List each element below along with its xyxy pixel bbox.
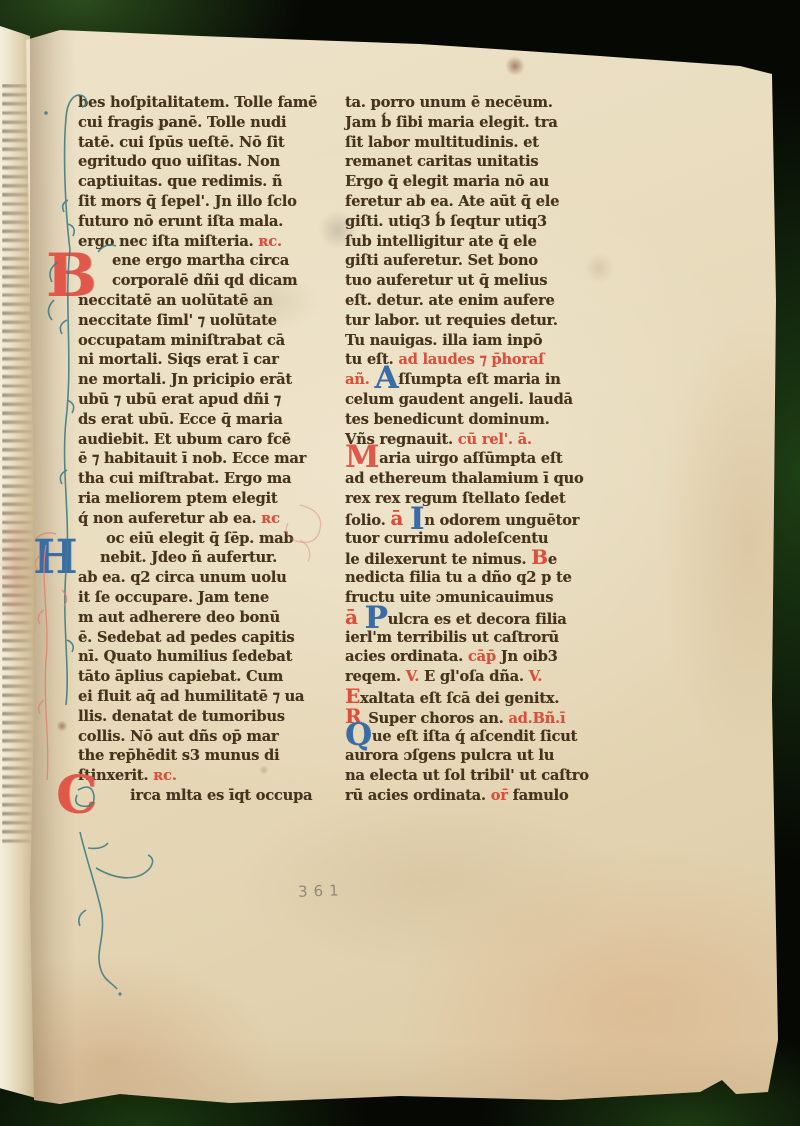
manuscript-text-line: nī. Quato humilius ſedebat: [78, 647, 318, 667]
ink-text: ne mortali. Jn pricipio erāt: [78, 371, 292, 388]
manuscript-text-line: oc eiū elegit q̄ ſēp. mab: [78, 529, 318, 549]
rubric-text: ʀc.: [253, 233, 281, 250]
manuscript-text-line: tes benedicunt dominum.: [345, 410, 595, 430]
ink-text: it ſe occupare. Jam tene: [78, 589, 269, 606]
manuscript-text-line: captiuitas. que redimis. ñ: [78, 172, 318, 192]
manuscript-text-line: giſti. utiq3 b́ ſeqtur utiq3: [345, 212, 595, 232]
ink-text: llis. denatat de tumoribus: [78, 708, 285, 725]
manuscript-text-line: ei fluit aq̄ ad humilitatē ⁊ ua: [78, 687, 318, 707]
rubric-text: cū rel'. ā.: [458, 431, 532, 448]
manuscript-text-line: rū acies ordinata. or̄ famulo: [345, 786, 595, 806]
ink-text: Super choros an.: [368, 710, 508, 727]
ink-text: cui fragis panē. Tolle nudi: [78, 114, 286, 131]
manuscript-text-line: ds erat ubū. Ecce q̄ maria: [78, 410, 318, 430]
manuscript-text-line: Maria uirgo aſſūmpta eſt: [345, 449, 595, 469]
manuscript-text-line: ta. porro unum ē necēum.: [345, 93, 595, 113]
manuscript-text-line: tha cui miſtrabat. Ergo ma: [78, 469, 318, 489]
manuscript-text-line: Vñs regnauit. cū rel'. ā.: [345, 430, 595, 450]
manuscript-text-line: ē. Sedebat ad pedes capitis: [78, 628, 318, 648]
manuscript-text-line: llis. denatat de tumoribus: [78, 707, 318, 727]
initial-H: H: [33, 534, 77, 581]
ink-text: ad ethereum thalamium ī quo: [345, 470, 583, 487]
ink-text: occupatam miniſtrabat cā: [78, 332, 285, 349]
ink-text: ds erat ubū. Ecce q̄ maria: [78, 411, 282, 428]
manuscript-text-line: ene ergo martha circa: [78, 251, 318, 271]
manuscript-text-line: ne mortali. Jn pricipio erāt: [78, 370, 318, 390]
ink-text: ni mortali. Siqs erat ī car: [78, 351, 279, 368]
ink-text: neccitatē an uolūtatē an: [78, 292, 273, 309]
manuscript-text-line: acies ordinata. cāp̄ Jn oib3: [345, 647, 595, 667]
ink-text: xaltata eſt ſcā dei genitx.: [360, 690, 559, 707]
ink-text: ē ⁊ habitauit ī nob. Ecce mar: [78, 450, 306, 467]
ink-text: ſolio.: [345, 512, 390, 529]
ink-text: ab ea. q2 circa unum uolu: [78, 569, 286, 586]
manuscript-text-line: bes hoſpitalitatem. Tolle famē: [78, 93, 318, 113]
manuscript-text-line: Ergo q̄ elegit maria nō au: [345, 172, 595, 192]
manuscript-text-line: ē ⁊ habitauit ī nob. Ecce mar: [78, 449, 318, 469]
ink-text: ue eſt iſta q́ aſcendit ſicut: [372, 728, 577, 745]
manuscript-text-line: corporalē dñi qd dicam: [78, 271, 318, 291]
rubric-text: ʀc: [256, 510, 280, 527]
ink-text: acies ordinata.: [345, 648, 468, 665]
ink-text: ē. Sedebat ad pedes capitis: [78, 629, 294, 646]
manuscript-text-line: feretur ab ea. Ate aūt q̄ ele: [345, 192, 595, 212]
manuscript-text-line: the rep̄hēdit s3 munus di: [78, 746, 318, 766]
ink-text: captiuitas. que redimis. ñ: [78, 173, 282, 190]
manuscript-text-line: collis. Nō aut dñs op̄ mar: [78, 727, 318, 747]
manuscript-text-line: nebit. Jdeo ñ aufertur.: [78, 548, 318, 568]
manuscript-text-line: ſit labor multitudinis. et: [345, 133, 595, 153]
manuscript-text-line: ſtinxerit. ʀc.: [78, 766, 318, 786]
ink-text: remanet caritas unitatis: [345, 153, 538, 170]
ink-text: E gl'oſa dña.: [424, 668, 529, 685]
manuscript-text-line: Exaltata eſt ſcā dei genitx.: [345, 687, 595, 707]
rubric-text: cāp̄: [468, 648, 501, 665]
ink-text: audiebit. Et ubum caro fcē: [78, 431, 291, 448]
ink-text: aria uirgo aſſūmpta eſt: [379, 450, 562, 467]
ink-text: famulo: [513, 787, 569, 804]
manuscript-text-line: tuo auferetur ut q̄ melius: [345, 271, 595, 291]
ink-text: Tu nauigas. illa iam inpō: [345, 332, 542, 349]
manuscript-text-line: tatē. cui ſpūs ueſtē. Nō ſit: [78, 133, 318, 153]
manuscript-text-line: futuro nō erunt iſta mala.: [78, 212, 318, 232]
manuscript-text-line: egritudo quo uiſitas. Non: [78, 152, 318, 172]
manuscript-text-line: it ſe occupare. Jam tene: [78, 588, 318, 608]
ink-text: ulcra es et decora filia: [388, 611, 567, 628]
manuscript-text-line: ubū ⁊ ubū erat apud dñi ⁊: [78, 390, 318, 410]
ink-text: futuro nō erunt iſta mala.: [78, 213, 283, 230]
parchment-page: bes hoſpitalitatem. Tolle famēcui fragis…: [0, 0, 800, 1126]
ink-text: tes benedicunt dominum.: [345, 411, 549, 428]
manuscript-text-line: neccitatē an uolūtatē an: [78, 291, 318, 311]
ink-text: corporalē dñi qd dicam: [112, 272, 297, 289]
ink-text: egritudo quo uiſitas. Non: [78, 153, 280, 170]
ink-text: ſub intelligitur ate q̄ ele: [345, 233, 537, 250]
ink-text: giſti auferetur. Set bono: [345, 252, 538, 269]
manuscript-text-line: nedicta filia tu a dño q2 p te: [345, 568, 595, 588]
ink-text: ria meliorem ptem elegit: [78, 490, 277, 507]
manuscript-text-line: giſti auferetur. Set bono: [345, 251, 595, 271]
rubric-text: or̄: [491, 787, 513, 804]
manuscript-text-line: q́ non auferetur ab ea. ʀc: [78, 509, 318, 529]
manuscript-text-line: ſit mors q̄ ſepel'. Jn illo ſclo: [78, 192, 318, 212]
ink-text: collis. Nō aut dñs op̄ mar: [78, 728, 278, 745]
manuscript-text-line: neccitate ſiml' ⁊ uolūtate: [78, 311, 318, 331]
ink-text: oc eiū elegit q̄ ſēp. mab: [106, 530, 293, 547]
folio-number-pencil: 361: [298, 881, 345, 901]
rubric-text: añ.: [345, 371, 374, 388]
rubric-text: ad laudes ⁊ p̄horaſ: [398, 351, 544, 368]
ink-text: rū acies ordinata.: [345, 787, 491, 804]
ink-text: nī. Quato humilius ſedebat: [78, 648, 292, 665]
manuscript-text-line: m aut adherere deo bonū: [78, 608, 318, 628]
manuscript-text-line: ſub intelligitur ate q̄ ele: [345, 232, 595, 252]
manuscript-text-line: le dilexerunt te nimus. Be: [345, 548, 595, 568]
ink-text: tāto āplius capiebat. Cum: [78, 668, 283, 685]
manuscript-text-line: eſt. detur. ate enim aufere: [345, 291, 595, 311]
rubric-text: V.: [529, 668, 542, 685]
manuscript-text-line: ā Pulcra es et decora filia: [345, 608, 595, 628]
manuscript-text-line: ab ea. q2 circa unum uolu: [78, 568, 318, 588]
manuscript-text-line: tuor currimu adoleſcentu: [345, 529, 595, 549]
manuscript-text-line: añ. Aſſumpta eſt maria in: [345, 370, 595, 390]
ink-text: tuor currimu adoleſcentu: [345, 530, 548, 547]
ink-text: le dilexerunt te nimus.: [345, 551, 531, 568]
ink-text: ei fluit aq̄ ad humilitatē ⁊ ua: [78, 688, 304, 705]
ink-text: ſit labor multitudinis. et: [345, 134, 539, 151]
manuscript-text-line: tāto āplius capiebat. Cum: [78, 667, 318, 687]
manuscript-text-line: tur labor. ut requies detur.: [345, 311, 595, 331]
right-text-column: ta. porro unum ē necēum.Jam b́ ſibi mari…: [345, 93, 595, 806]
left-text-column: bes hoſpitalitatem. Tolle famēcui fragis…: [78, 93, 318, 806]
ink-text: na electa ut ſol tribil' ut caſtro: [345, 767, 589, 784]
rubric-text: ā: [390, 506, 410, 530]
ink-text: Jn oib3: [501, 648, 558, 665]
ink-text: the rep̄hēdit s3 munus di: [78, 747, 279, 764]
ink-text: nebit. Jdeo ñ aufertur.: [100, 549, 277, 566]
manuscript-text-line: ergo nec iſta miſteria. ʀc.: [78, 232, 318, 252]
manuscript-text-line: remanet caritas unitatis: [345, 152, 595, 172]
manuscript-text-line: irca mlta es īqt occupa: [78, 786, 318, 806]
ink-text: feretur ab ea. Ate aūt q̄ ele: [345, 193, 559, 210]
ink-text: nedicta filia tu a dño q2 p te: [345, 569, 572, 586]
rubric-text: B: [531, 545, 548, 569]
ink-text: ſit mors q̄ ſepel'. Jn illo ſclo: [78, 193, 297, 210]
manuscript-photo: bes hoſpitalitatem. Tolle famēcui fragis…: [0, 0, 800, 1126]
ink-text: ubū ⁊ ubū erat apud dñi ⁊: [78, 391, 281, 408]
ink-text: bes hoſpitalitatem. Tolle famē: [78, 94, 317, 111]
ink-text: Ergo q̄ elegit maria nō au: [345, 173, 549, 190]
manuscript-text-line: aurora ɔſgens pulcra ut lu: [345, 746, 595, 766]
ink-text: n odorem unguētor: [424, 512, 579, 529]
ink-text: m aut adherere deo bonū: [78, 609, 280, 626]
initial-C: C: [56, 770, 97, 822]
manuscript-text-line: reqem. V. E gl'oſa dña. V.: [345, 667, 595, 687]
ink-text: ene ergo martha circa: [112, 252, 289, 269]
ink-text: Jam b́ ſibi maria elegit. tra: [345, 114, 558, 131]
rubric-text: ad.Bñ.ī: [508, 710, 565, 727]
ink-text: aurora ɔſgens pulcra ut lu: [345, 747, 554, 764]
ink-text: ſſumpta eſt maria in: [398, 371, 560, 388]
manuscript-text-line: ria meliorem ptem elegit: [78, 489, 318, 509]
ink-text: rex rex regum ſtellato ſedet: [345, 490, 565, 507]
ink-text: ergo nec iſta miſteria.: [78, 233, 253, 250]
ink-text: e: [548, 551, 557, 568]
rubric-text: ʀc.: [148, 767, 176, 784]
manuscript-text-line: na electa ut ſol tribil' ut caſtro: [345, 766, 595, 786]
manuscript-text-line: audiebit. Et ubum caro fcē: [78, 430, 318, 450]
ink-text: irca mlta es īqt occupa: [130, 787, 312, 804]
manuscript-text-line: cui fragis panē. Tolle nudi: [78, 113, 318, 133]
manuscript-text-line: Que eſt iſta q́ aſcendit ſicut: [345, 727, 595, 747]
rubric-text: V.: [406, 668, 424, 685]
manuscript-text-line: ſolio. ā In odorem unguētor: [345, 509, 595, 529]
manuscript-text-line: ad ethereum thalamium ī quo: [345, 469, 595, 489]
initial-B: B: [46, 246, 97, 306]
ink-text: tur labor. ut requies detur.: [345, 312, 558, 329]
ink-text: ta. porro unum ē necēum.: [345, 94, 553, 111]
ink-text: tha cui miſtrabat. Ergo ma: [78, 470, 291, 487]
ink-text: tatē. cui ſpūs ueſtē. Nō ſit: [78, 134, 284, 151]
ink-text: eſt. detur. ate enim aufere: [345, 292, 555, 309]
manuscript-text-line: R Super choros an. ad.Bñ.ī: [345, 707, 595, 727]
ink-text: giſti. utiq3 b́ ſeqtur utiq3: [345, 213, 547, 230]
rubric-text: ā: [345, 605, 365, 629]
ink-text: tuo auferetur ut q̄ melius: [345, 272, 547, 289]
ink-text: neccitate ſiml' ⁊ uolūtate: [78, 312, 277, 329]
manuscript-text-line: rex rex regum ſtellato ſedet: [345, 489, 595, 509]
manuscript-text-line: Jam b́ ſibi maria elegit. tra: [345, 113, 595, 133]
ink-text: q́ non auferetur ab ea.: [78, 510, 256, 527]
manuscript-text-line: ni mortali. Siqs erat ī car: [78, 350, 318, 370]
ink-text: reqem.: [345, 668, 406, 685]
manuscript-text-line: Tu nauigas. illa iam inpō: [345, 331, 595, 351]
manuscript-text-line: occupatam miniſtrabat cā: [78, 331, 318, 351]
